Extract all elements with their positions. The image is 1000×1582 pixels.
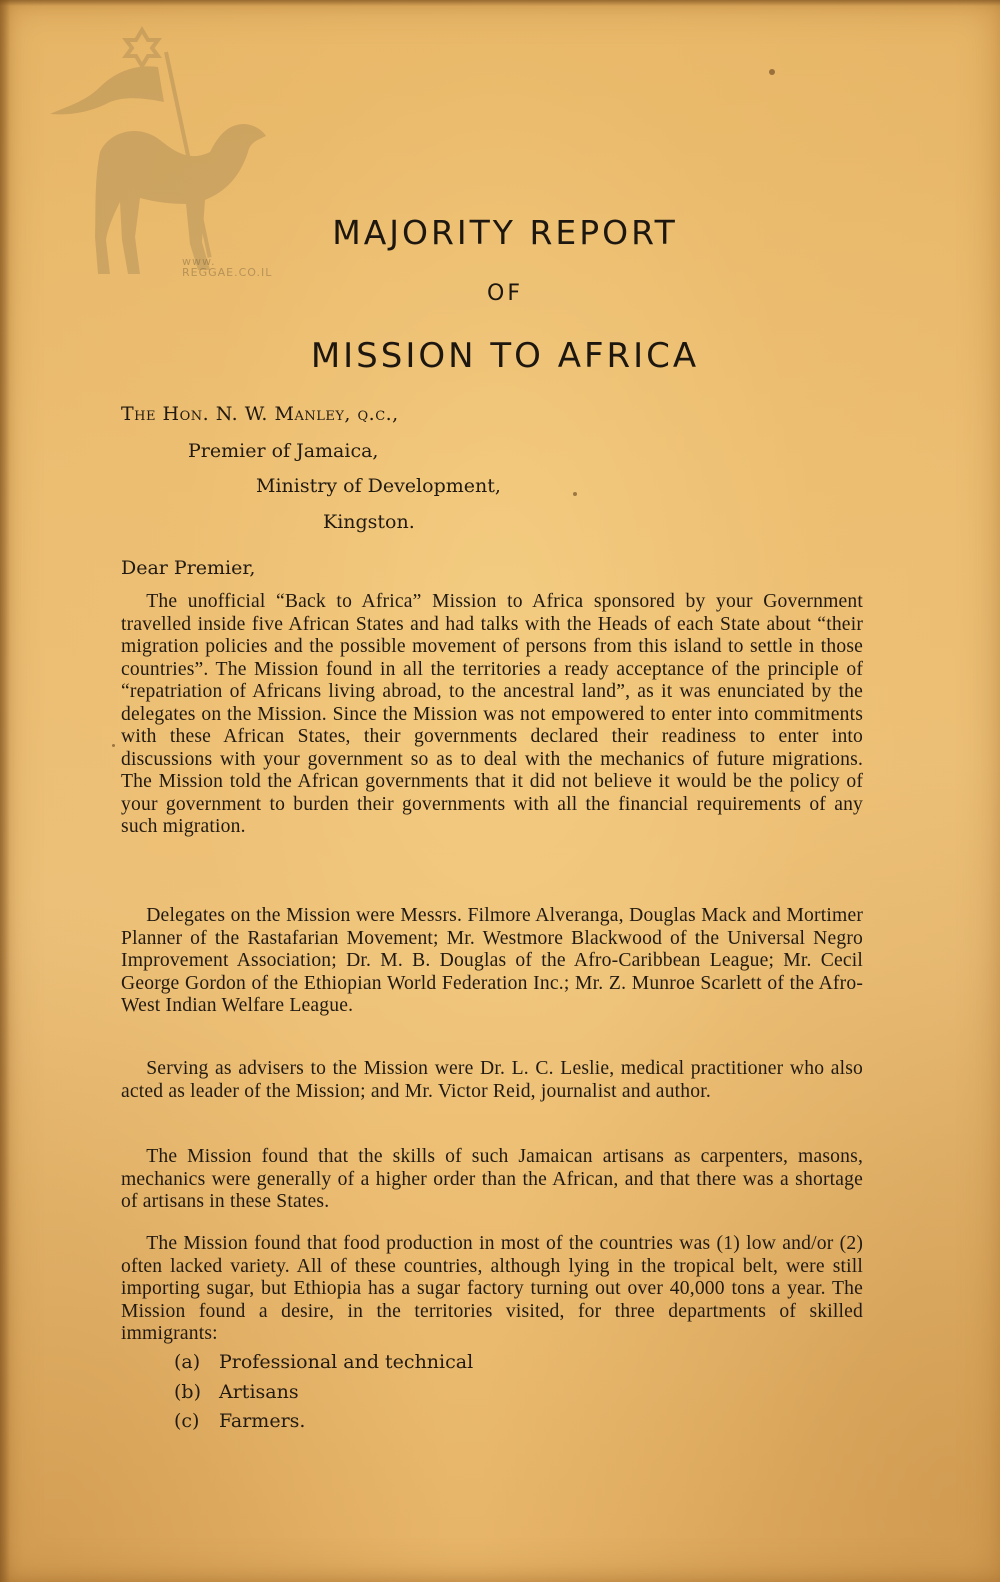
list-item-label: Artisans: [219, 1381, 299, 1403]
document-page: www. REGGAE.CO.IL MAJORITY REPORT OF MIS…: [0, 0, 1000, 1582]
report-title-line3: MISSION TO AFRICA: [0, 336, 1000, 376]
address-recipient: The Hon. N. W. Manley, q.c.,: [121, 403, 399, 425]
paragraph-artisans: The Mission found that the skills of suc…: [121, 1145, 863, 1213]
report-title-line2: OF: [0, 281, 1000, 306]
address-line4: Kingston.: [323, 511, 415, 533]
paragraph-food-production: The Mission found that food production i…: [121, 1232, 863, 1345]
address-line1: The Hon. N. W. Manley, q.c.,: [121, 403, 399, 425]
list-item-label: Professional and technical: [219, 1351, 473, 1373]
paper-speck: [573, 492, 577, 496]
paper-speck: [769, 69, 775, 75]
paper-speck: [112, 744, 115, 747]
watermark-domain: REGGAE.CO.IL: [182, 267, 272, 278]
address-line2: Premier of Jamaica,: [188, 440, 378, 462]
paper-top-edge: [0, 0, 1000, 6]
list-item: (c)Farmers.: [174, 1407, 473, 1437]
list-item-label: Farmers.: [219, 1410, 305, 1432]
paragraph-mission-summary: The unofficial “Back to Africa” Mission …: [121, 590, 863, 838]
list-item-key: (a): [174, 1348, 219, 1378]
paragraph-advisers: Serving as advisers to the Mission were …: [121, 1057, 863, 1102]
salutation: Dear Premier,: [121, 557, 255, 579]
list-item-key: (c): [174, 1407, 219, 1437]
watermark-text: www. REGGAE.CO.IL: [182, 256, 272, 278]
list-item-key: (b): [174, 1378, 219, 1408]
list-item: (a)Professional and technical: [174, 1348, 473, 1378]
list-item: (b)Artisans: [174, 1378, 473, 1408]
skilled-immigrants-list: (a)Professional and technical (b)Artisan…: [174, 1348, 473, 1437]
paragraph-delegates: Delegates on the Mission were Messrs. Fi…: [121, 904, 863, 1017]
report-title-line1: MAJORITY REPORT: [0, 213, 1000, 252]
address-line3: Ministry of Development,: [256, 475, 501, 497]
